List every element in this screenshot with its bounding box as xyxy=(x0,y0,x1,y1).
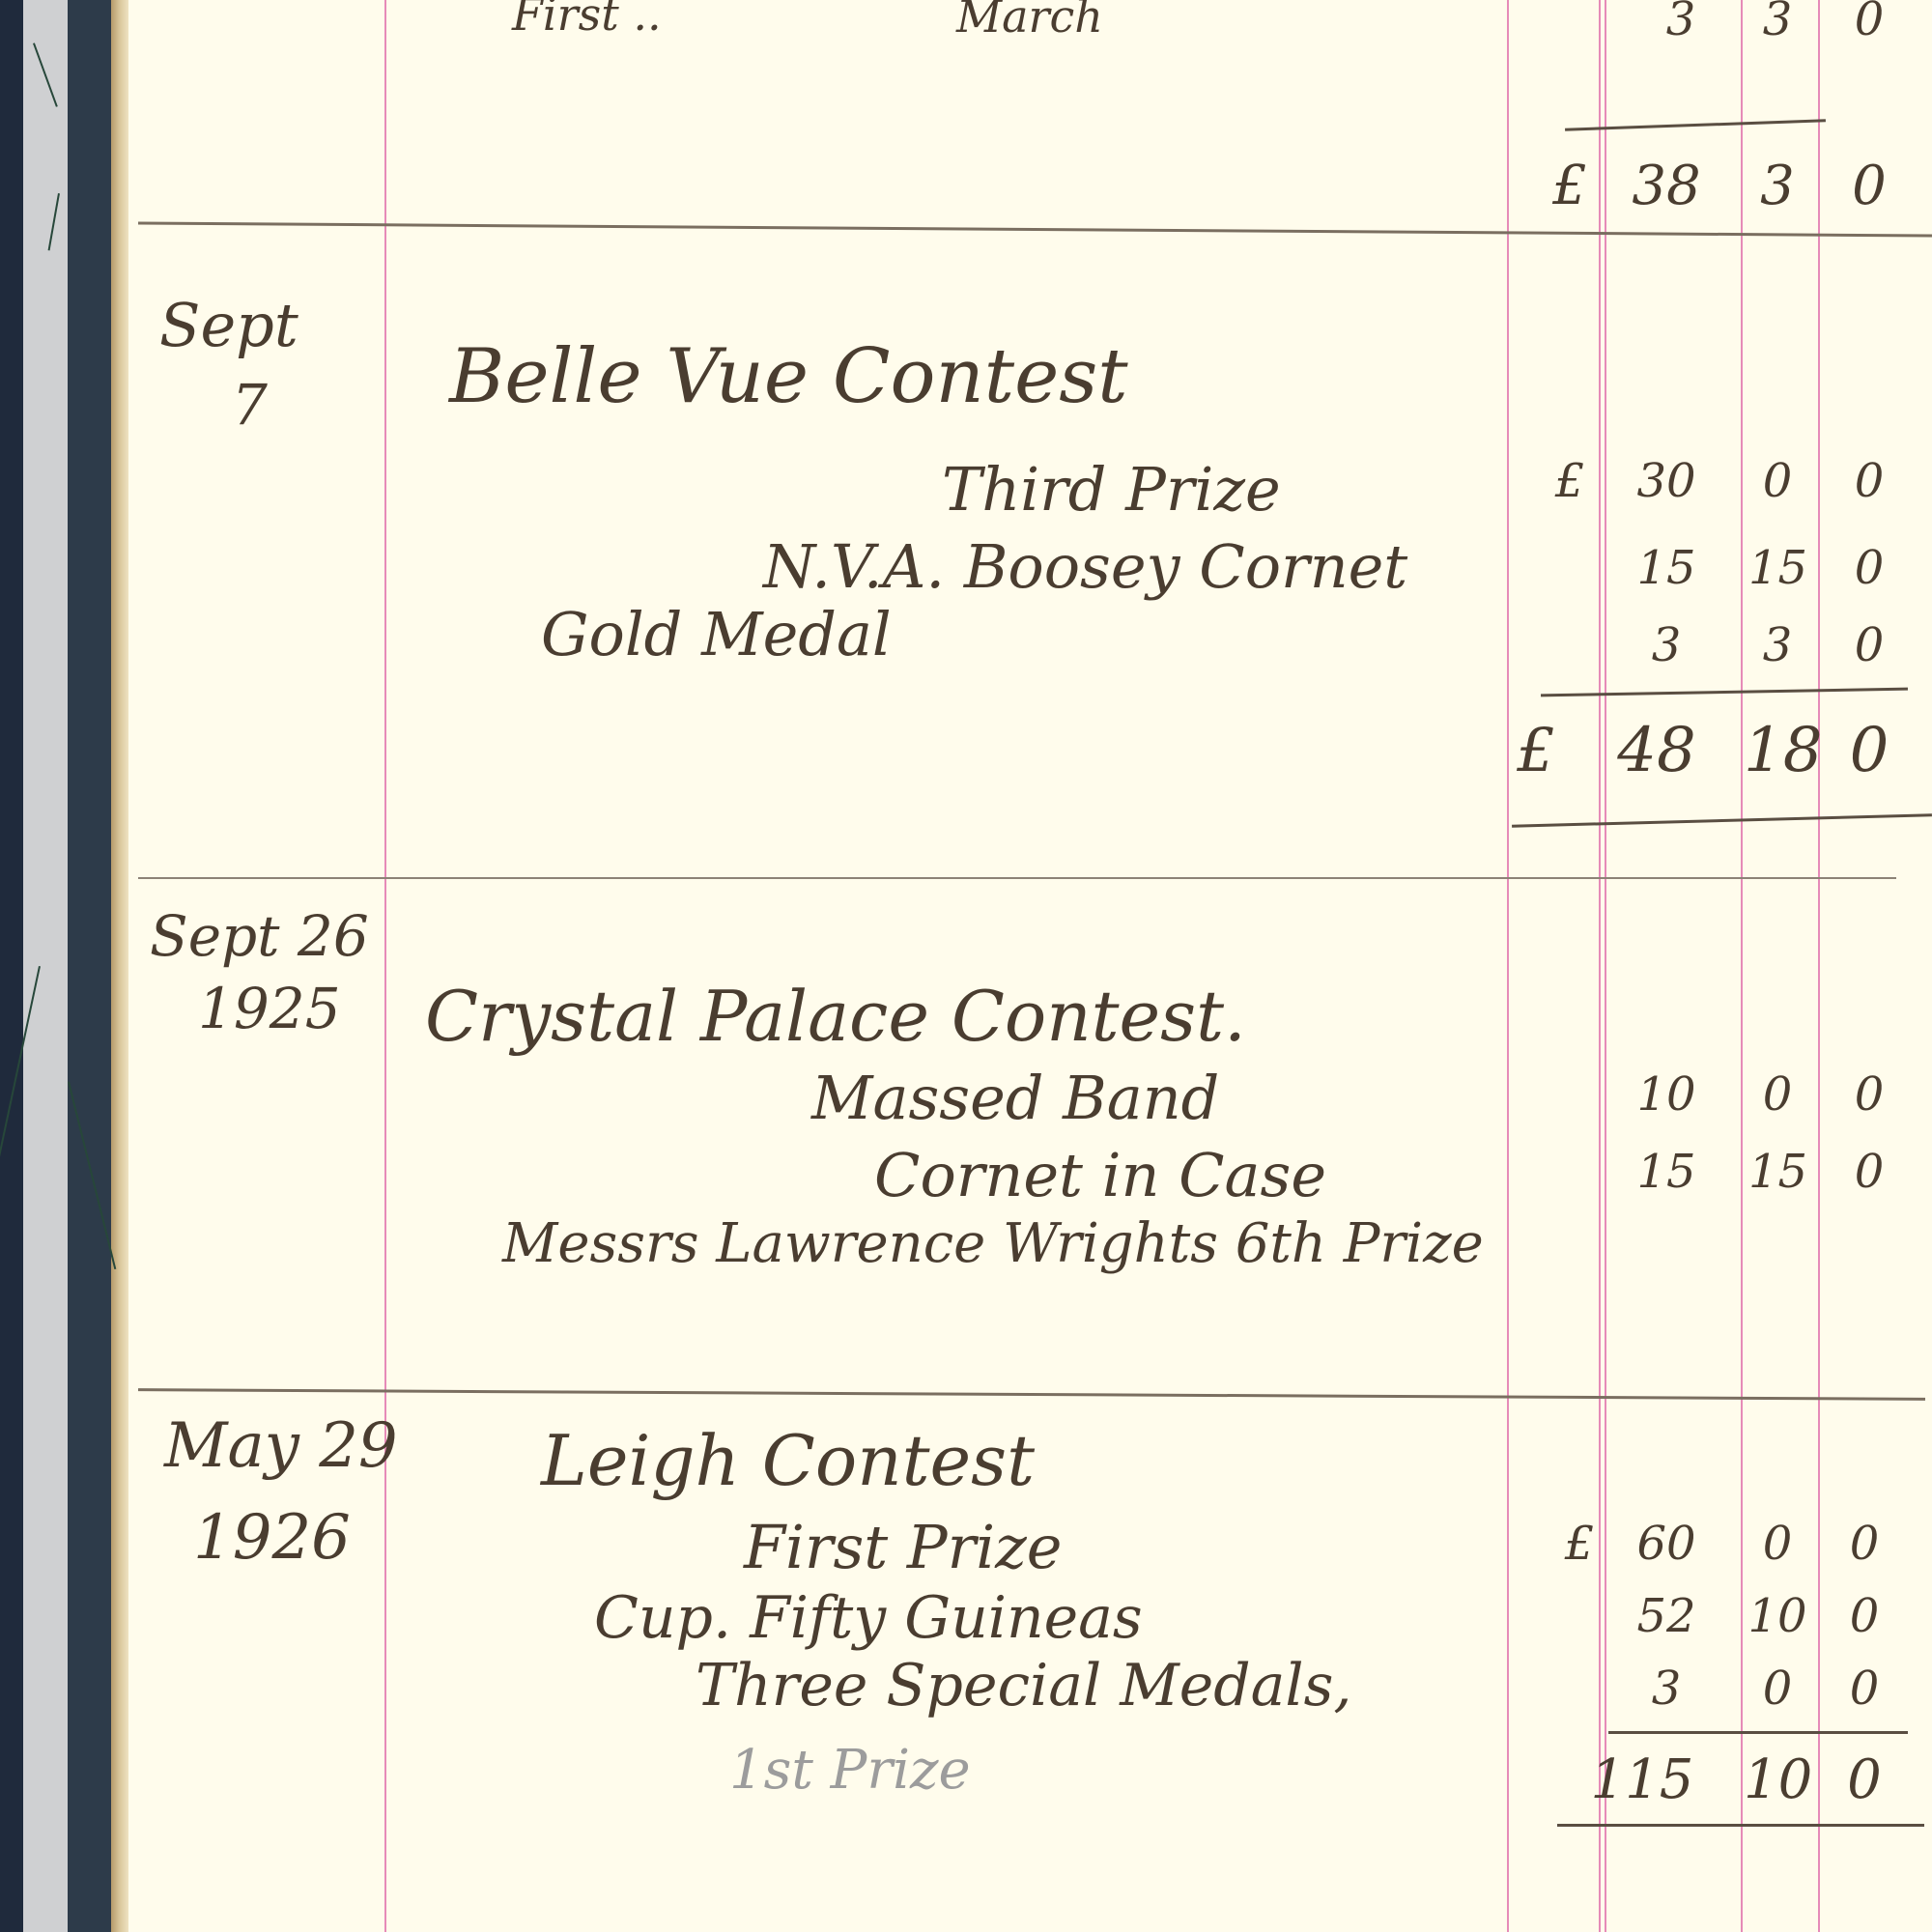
shillings-value: 15 xyxy=(1748,541,1806,595)
pound-symbol: £ xyxy=(1541,454,1599,508)
total-pounds: 38 xyxy=(1613,155,1719,217)
shillings-column-rule xyxy=(1741,0,1743,1932)
entry-date-year: 1925 xyxy=(198,976,341,1041)
binding-cover-strip xyxy=(0,0,23,1932)
total-pounds: 115 xyxy=(1565,1748,1719,1811)
book-binding xyxy=(0,0,130,1932)
item-desc: Massed Band xyxy=(811,1063,1219,1133)
pence-value: 0 xyxy=(1840,1067,1898,1122)
shillings-value: 0 xyxy=(1748,1662,1806,1716)
shillings-value: 3 xyxy=(1748,0,1806,46)
pounds-value: 15 xyxy=(1613,541,1719,595)
section-divider xyxy=(138,877,1896,879)
pound-symbol: £ xyxy=(1541,155,1599,217)
carryover-text: First .. xyxy=(512,0,662,41)
pence-value: 0 xyxy=(1840,541,1898,595)
sum-underline xyxy=(1608,1731,1908,1734)
total-pence: 0 xyxy=(1840,715,1898,786)
total-pounds: 48 xyxy=(1594,715,1719,786)
margin-rule xyxy=(384,0,386,1932)
pence-column-rule xyxy=(1818,0,1820,1932)
pounds-value: 10 xyxy=(1613,1067,1719,1122)
item-desc: Cup. Fifty Guineas xyxy=(594,1584,1143,1652)
pence-value: 0 xyxy=(1840,0,1898,46)
pounds-value: 30 xyxy=(1613,454,1719,508)
pounds-value: 3 xyxy=(1642,0,1719,46)
binding-cloth-tape xyxy=(68,0,111,1932)
shillings-value: 0 xyxy=(1748,1067,1806,1122)
pence-value: 0 xyxy=(1835,1589,1893,1643)
total-shillings: 10 xyxy=(1744,1748,1811,1811)
pence-value: 0 xyxy=(1835,1662,1893,1716)
pence-value: 0 xyxy=(1840,1145,1898,1199)
column-rule xyxy=(1507,0,1509,1932)
shillings-value: 0 xyxy=(1748,1517,1806,1571)
entry-date-day: 7 xyxy=(232,372,268,438)
total-shillings: 18 xyxy=(1744,715,1811,786)
pounds-value: 3 xyxy=(1613,1662,1719,1716)
page-edge xyxy=(111,0,128,1932)
item-desc: Gold Medal xyxy=(541,599,892,669)
shillings-value: 3 xyxy=(1748,618,1806,672)
entry-date-month: Sept xyxy=(159,290,298,360)
entry-date-month: May 29 xyxy=(164,1410,398,1482)
item-desc: Three Special Medals, xyxy=(696,1652,1351,1719)
item-desc: Cornet in Case xyxy=(874,1140,1326,1210)
shillings-value: 10 xyxy=(1744,1589,1811,1643)
item-desc: Third Prize xyxy=(942,454,1281,525)
pencil-note: 1st Prize xyxy=(729,1739,971,1802)
entry-title: Leigh Contest xyxy=(541,1420,1035,1501)
pounds-value: 52 xyxy=(1613,1589,1719,1643)
entry-date-year: 1926 xyxy=(193,1502,351,1574)
entry-title: Belle Vue Contest xyxy=(449,333,1128,420)
pounds-value: 3 xyxy=(1613,618,1719,672)
shillings-value: 15 xyxy=(1748,1145,1806,1199)
item-desc: Messrs Lawrence Wrights 6th Prize xyxy=(502,1212,1484,1275)
item-desc: First Prize xyxy=(744,1512,1062,1582)
total-pence: 0 xyxy=(1840,155,1898,217)
pounds-column-rule xyxy=(1599,0,1601,1932)
entry-title: Crystal Palace Contest. xyxy=(425,976,1246,1057)
pence-value: 0 xyxy=(1840,618,1898,672)
pounds-column-rule xyxy=(1605,0,1606,1932)
pounds-value: 15 xyxy=(1613,1145,1719,1199)
shillings-value: 0 xyxy=(1748,454,1806,508)
item-desc: N.V.A. Boosey Cornet xyxy=(763,531,1407,602)
pounds-value: 60 xyxy=(1613,1517,1719,1571)
entry-date-month: Sept 26 xyxy=(150,903,369,969)
pound-symbol: £ xyxy=(1507,715,1565,785)
carryover-month: March xyxy=(956,0,1103,43)
total-underline xyxy=(1557,1824,1924,1827)
pence-value: 0 xyxy=(1835,1517,1893,1571)
total-shillings: 3 xyxy=(1748,155,1806,217)
total-pence: 0 xyxy=(1835,1748,1893,1811)
binding-backing xyxy=(23,0,70,1932)
pound-symbol: £ xyxy=(1555,1517,1604,1571)
pence-value: 0 xyxy=(1840,454,1898,508)
